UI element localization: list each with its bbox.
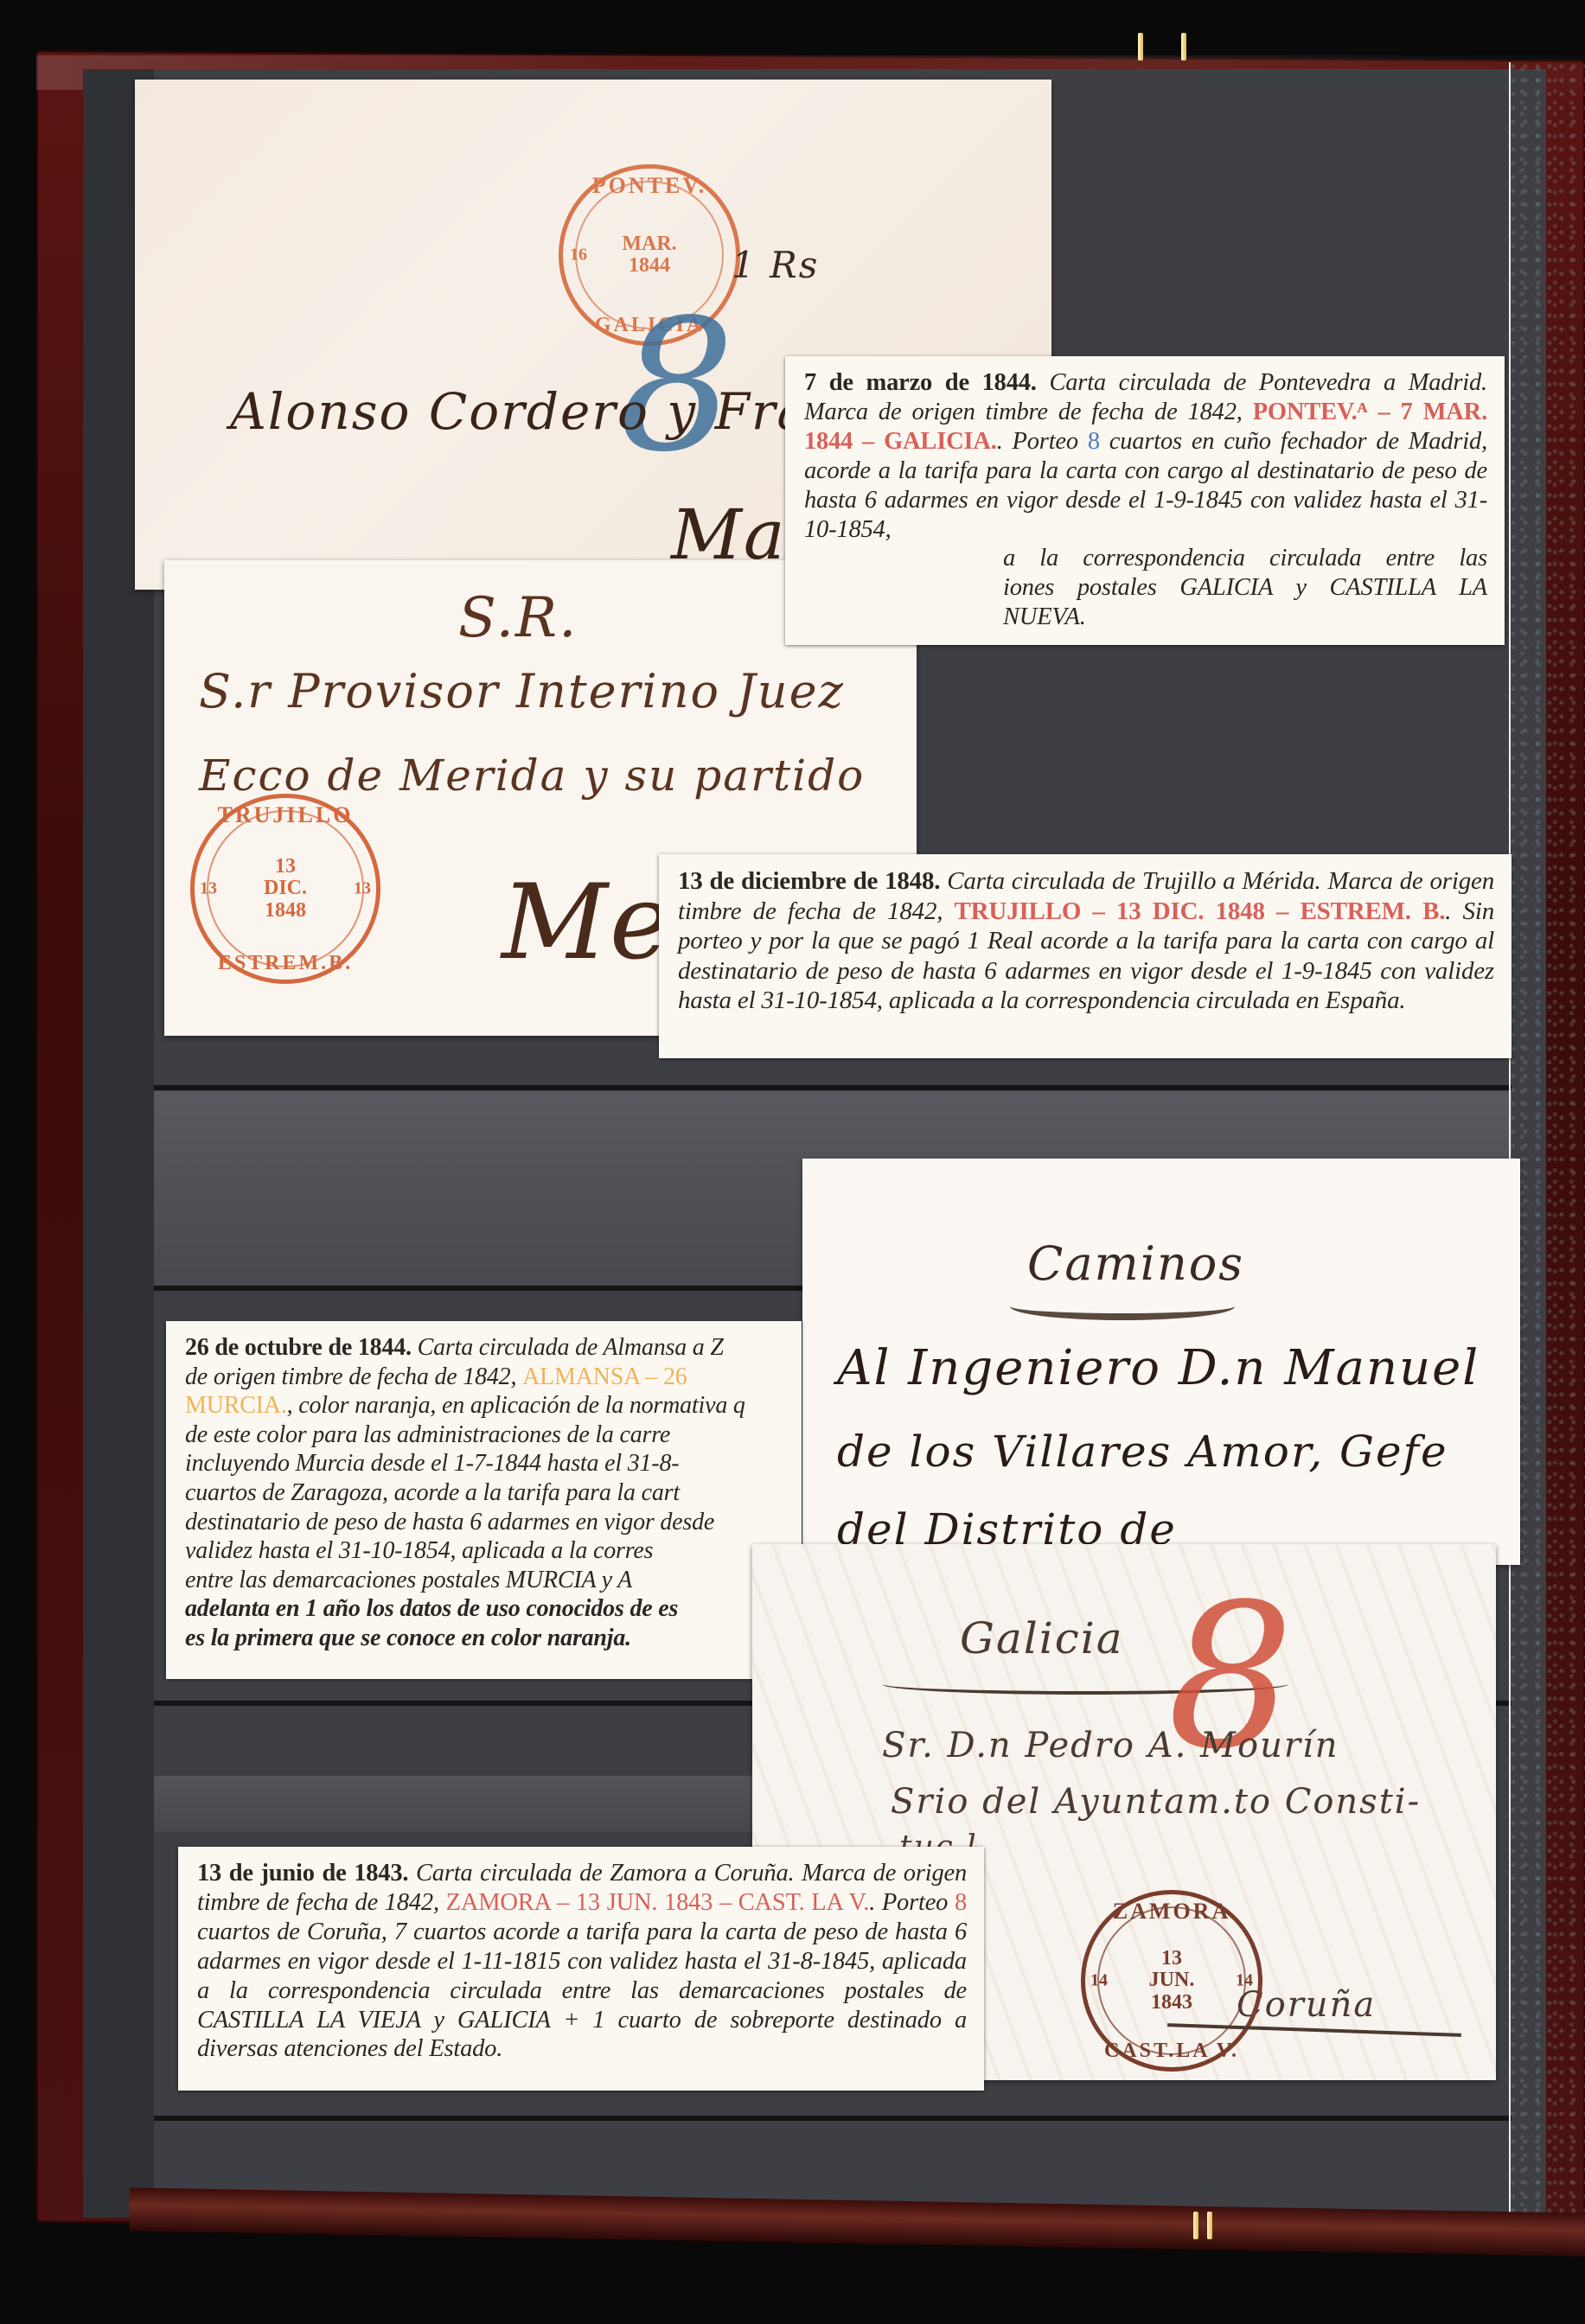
strip-divider <box>154 2116 1512 2121</box>
strip-divider <box>154 1085 1512 1090</box>
album-clasp-icon <box>1207 2212 1212 2239</box>
caption-rate-value: 8 <box>1088 428 1100 455</box>
caption-postmark-text: TRUJILLO – 13 DIC. 1848 – ESTREM. B. <box>955 897 1446 925</box>
address-line: Al Ingeniero D.n Manuel <box>837 1340 1480 1396</box>
postmark-trujillo: TRUJILLO 13 13 13 DIC. 1848 ESTREM.B. <box>190 794 380 984</box>
address-line: Sr. D.n Pedro A. Mourín <box>882 1726 1339 1765</box>
address-line: de los Villares Amor, Gefe <box>837 1427 1448 1477</box>
address-line: Srio del Ayuntam.to Consti- <box>891 1782 1421 1822</box>
caption-postmark-text: ZAMORA – 13 JUN. 1843 – CAST. LA V. <box>446 1889 870 1916</box>
handwritten-annotation: 1 Rs <box>732 244 819 286</box>
address-line: Galicia <box>960 1613 1124 1663</box>
caption-pontevedra: 7 de marzo de 1844. Carta circulada de P… <box>785 356 1505 645</box>
album-clasp-icon <box>1193 2212 1198 2239</box>
caption-almansa: 26 de octubre de 1844. Carta circulada d… <box>166 1321 802 1679</box>
address-line: Ecco de Merida y su partido <box>199 750 865 801</box>
address-line: S.R. <box>458 586 578 650</box>
caption-zamora: 13 de junio de 1843. Carta circulada de … <box>178 1847 984 2091</box>
caption-postmark-text: MURCIA. <box>185 1392 287 1419</box>
postmark-zamora: ZAMORA 14 14 13 JUN. 1843 CAST.LA V. <box>1081 1890 1262 2072</box>
address-line: Caminos <box>1027 1236 1244 1291</box>
caption-postmark-text: ALMANSA – 26 <box>522 1363 687 1390</box>
tissue-interleaf <box>1509 62 1585 2224</box>
caption-line: iones postales GALICIA y CASTILLA LA NUE… <box>804 573 1487 632</box>
album-clasp-icon <box>1181 33 1186 61</box>
address-line: S.r Provisor Interino Juez <box>199 664 845 718</box>
flourish-underline <box>1010 1293 1235 1320</box>
caption-rate-value: 8 <box>955 1889 967 1916</box>
caption-trujillo: 13 de diciembre de 1848. Carta circulada… <box>659 854 1512 1058</box>
caption-line: a la correspondencia circulada entre las <box>804 544 1487 573</box>
address-line: Me <box>502 863 673 983</box>
envelope-almansa[interactable]: Caminos Al Ingeniero D.n Manuel de los V… <box>802 1159 1520 1565</box>
album-clasp-icon <box>1138 33 1143 61</box>
